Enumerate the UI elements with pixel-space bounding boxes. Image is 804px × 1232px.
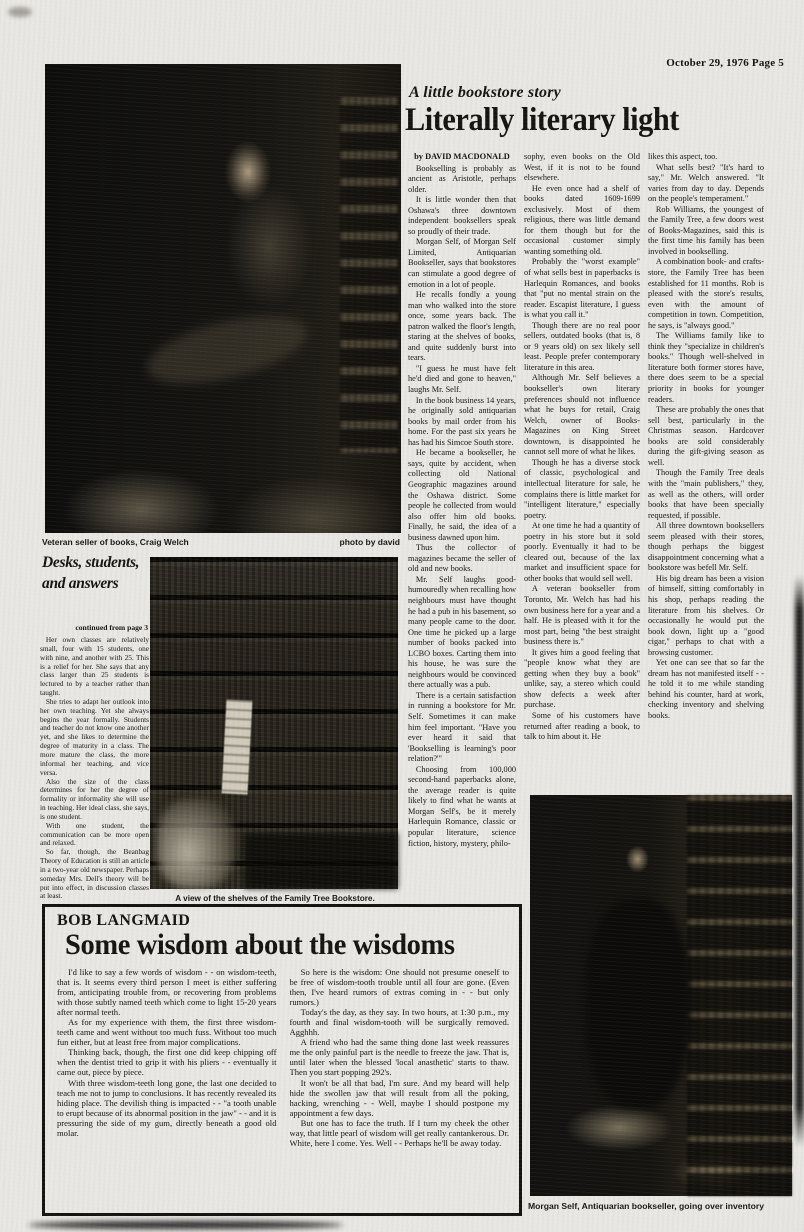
article-column-2: sophy, even books on the Old West, if it…	[524, 152, 640, 794]
photo-craig-welch	[45, 64, 401, 533]
paragraph: All three downtown booksellers seem plea…	[648, 521, 764, 574]
article-column-1: by DAVID MACDONALD Bookselling is probab…	[408, 152, 516, 908]
paragraph: It is little wonder then that Oshawa's t…	[408, 195, 516, 237]
paragraph: Mr. Self laughs good-humouredly when rec…	[408, 575, 516, 691]
paragraph: Morgan Self, of Morgan Self Limited, Ant…	[408, 237, 516, 290]
article-byline: by DAVID MACDONALD	[408, 152, 516, 163]
column-headline: Some wisdom about the wisdoms	[65, 928, 496, 962]
paragraph: Some of his customers have returned afte…	[524, 711, 640, 743]
continued-from-note: continued from page 3	[40, 623, 148, 632]
paragraph: As for my experience with them, the firs…	[57, 1017, 277, 1047]
photo-shelf-sign	[222, 699, 253, 794]
paragraph: Thus the collector of magazines became t…	[408, 543, 516, 575]
paragraph: Probably the "worst example" of what sel…	[524, 257, 640, 320]
photo-morgan-self	[530, 795, 792, 1196]
photo-figure-highlight	[140, 303, 312, 397]
scan-corner-mark	[8, 7, 32, 17]
photo-family-tree-shelves	[150, 557, 398, 889]
paragraph: The Williams family like to think they "…	[648, 331, 764, 405]
paragraph: It gives him a good feeling that "people…	[524, 648, 640, 711]
article-column-3: likes this aspect, too.What sells best? …	[648, 152, 764, 802]
paragraph: These are probably the ones that sell be…	[648, 405, 764, 468]
paragraph: It won't be all that bad, I'm sure. And …	[290, 1078, 510, 1118]
paragraph: What sells best? "It's hard to say," Mr.…	[648, 163, 764, 205]
left-article-title-line2: and answers	[42, 573, 160, 594]
paragraph: She tries to adapt her outlook into her …	[40, 698, 149, 778]
paragraph: So far, though, the Beanbag Theory of Ed…	[40, 848, 149, 898]
paragraph: Though the Family Tree deals with the "m…	[648, 468, 764, 521]
paragraph: sophy, even books on the Old West, if it…	[524, 152, 640, 184]
paragraph: I'd like to say a few words of wisdom - …	[57, 967, 277, 1017]
paragraph: Choosing from 100,000 second-hand paperb…	[408, 765, 516, 849]
photo-floor-highlight	[157, 799, 234, 889]
paragraph: He became a bookseller, he says, quite b…	[408, 448, 516, 543]
paragraph: Though he has a diverse stock of classic…	[524, 458, 640, 521]
paragraph: Today's the day, as they say. In two hou…	[290, 1007, 510, 1037]
paragraph: A combination book- and crafts-store, th…	[648, 257, 764, 331]
wisdom-columns: I'd like to say a few words of wisdom - …	[45, 965, 519, 1185]
photo1-caption-row: Veteran seller of books, Craig Welch pho…	[42, 537, 400, 547]
page-date-header: October 29, 1976 Page 5	[564, 57, 784, 69]
paragraph: Though there are no real poor sellers, o…	[524, 321, 640, 374]
photo1-caption: Veteran seller of books, Craig Welch	[42, 537, 189, 547]
paragraph: He recalls fondly a young man who walked…	[408, 290, 516, 364]
paragraph: Although Mr. Self believes a bookseller'…	[524, 373, 640, 457]
paragraph: His big dream has been a vision of himse…	[648, 574, 764, 658]
paragraph: Thinking back, though, the first one did…	[57, 1047, 277, 1077]
paragraph: But one has to face the truth. If I turn…	[290, 1118, 510, 1148]
photo-dark-book-row	[244, 833, 398, 889]
paragraph: likes this aspect, too.	[648, 152, 764, 163]
photo1-credit: photo by david	[340, 537, 400, 547]
paragraph: Yet one can see that so far the dream ha…	[648, 658, 764, 721]
wisdom-column-2: So here is the wisdom: One should not pr…	[290, 967, 510, 1185]
article-kicker: A little bookstore story	[409, 84, 561, 102]
paragraph: With one student, the communication can …	[40, 822, 149, 849]
scan-edge-artifact	[795, 575, 804, 1147]
left-article-title: Desks, students, and answers	[42, 552, 160, 594]
photo-shelves-highlight	[687, 795, 792, 1196]
paragraph: He even once had a shelf of books dated …	[524, 184, 640, 258]
paragraph: Rob Williams, the youngest of the Family…	[648, 205, 764, 258]
photo3-caption: Morgan Self, Antiquarian bookseller, goi…	[528, 1201, 800, 1211]
wisdom-column-box: BOB LANGMAID Some wisdom about the wisdo…	[42, 904, 522, 1216]
paragraph: Her own classes are relatively small, fo…	[40, 636, 149, 698]
paragraph: "I guess he must have felt he'd died and…	[408, 364, 516, 396]
photo-bookshelf-highlight	[340, 97, 398, 453]
left-article-title-line1: Desks, students,	[42, 552, 160, 573]
paragraph: In the book business 14 years, he origin…	[408, 396, 516, 449]
paragraph: So here is the wisdom: One should not pr…	[290, 967, 510, 1007]
photo2-caption: A view of the shelves of the Family Tree…	[150, 894, 400, 903]
article-headline: Literally literary light	[405, 102, 679, 139]
paragraph: At one time he had a quantity of poetry …	[524, 521, 640, 584]
paragraph: A veteran bookseller from Toronto, Mr. W…	[524, 584, 640, 647]
wisdom-column-1: I'd like to say a few words of wisdom - …	[57, 967, 277, 1185]
paragraph: There is a certain satisfaction in runni…	[408, 691, 516, 765]
photo-figure-silhouette	[585, 899, 690, 1108]
paragraph: Bookselling is probably as ancient as Ar…	[408, 164, 516, 196]
scan-bottom-smudge	[28, 1221, 343, 1229]
newspaper-page: October 29, 1976 Page 5 Veteran seller o…	[0, 0, 804, 1232]
left-article-text: Her own classes are relatively small, fo…	[40, 636, 149, 898]
paragraph: With three wisdom-teeth long gone, the l…	[57, 1078, 277, 1138]
paragraph: A friend who had the same thing done las…	[290, 1037, 510, 1077]
paragraph: Also the size of the class determines fo…	[40, 778, 149, 822]
